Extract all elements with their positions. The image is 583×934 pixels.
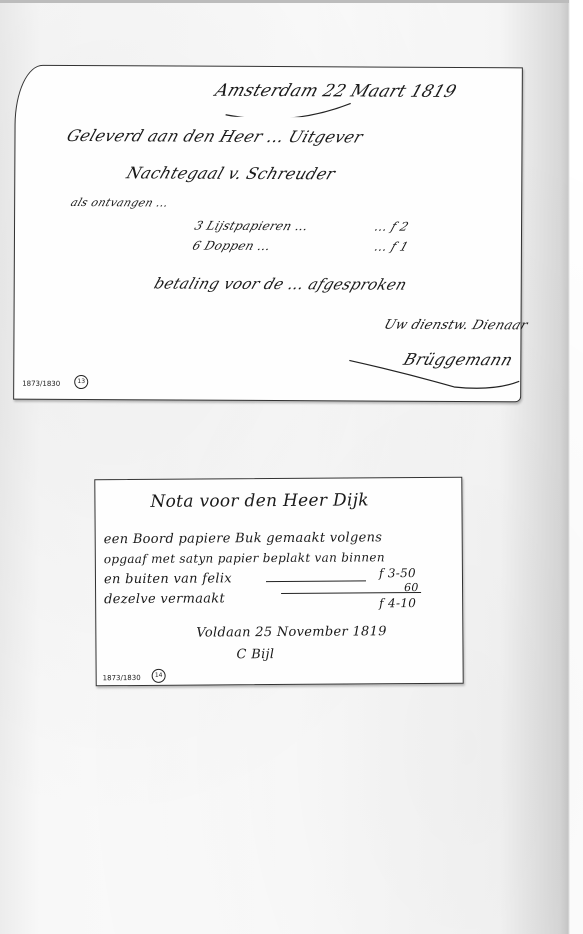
note-line-4: dezelve vermaakt	[104, 591, 225, 607]
archive-number: 1873/1830	[103, 674, 141, 682]
note-line-1: een Boord papiere Buk gemaakt volgens	[104, 530, 383, 547]
receipt-line-3: als ontvangen ...	[69, 196, 170, 209]
date-flourish	[221, 87, 381, 118]
receipt-closing-line: betaling voor de ... afgesproken	[152, 274, 410, 293]
archive-number: 1873/1830	[22, 380, 60, 388]
receipt-paid-line: Voldaan 25 November 1819	[196, 624, 387, 640]
valediction: Uw dienstw. Dienaar	[382, 318, 530, 334]
amount-leader-line-1	[266, 580, 366, 582]
signature-flourish	[344, 352, 524, 393]
signature-bijl: C Bijl	[236, 647, 274, 662]
note-document-2: Nota voor den Heer Dijk een Boord papier…	[94, 477, 463, 687]
receipt-document-1: Amsterdam 22 Maart 1819 Geleverd aan den…	[13, 65, 523, 403]
receipt-line-2: Nachtegaal v. Schreuder	[124, 163, 338, 183]
note-line-3: en buiten van felix	[104, 571, 232, 587]
receipt-amount-1: ... f 2	[373, 220, 411, 234]
note-title: Nota voor den Heer Dijk	[150, 490, 369, 512]
amount-leader-line-2	[281, 592, 421, 594]
receipt-item-2: 6 Doppen ...	[191, 239, 273, 253]
scan-top-edge	[0, 0, 569, 3]
note-line-2: opgaaf met satyn papier beplakt van binn…	[104, 550, 385, 566]
note-total: f 4-10	[379, 596, 416, 610]
receipt-item-1: 3 Lijstpapieren ...	[193, 219, 311, 234]
note-amount-2: 60	[404, 581, 419, 594]
folio-number-badge: 13	[74, 375, 88, 389]
note-amount-1: f 3-50	[379, 566, 416, 580]
folio-number-badge: 14	[152, 669, 166, 683]
receipt-amount-2: ... f 1	[373, 240, 411, 254]
receipt-line-1: Geleverd aan den Heer ... Uitgever	[64, 126, 365, 147]
